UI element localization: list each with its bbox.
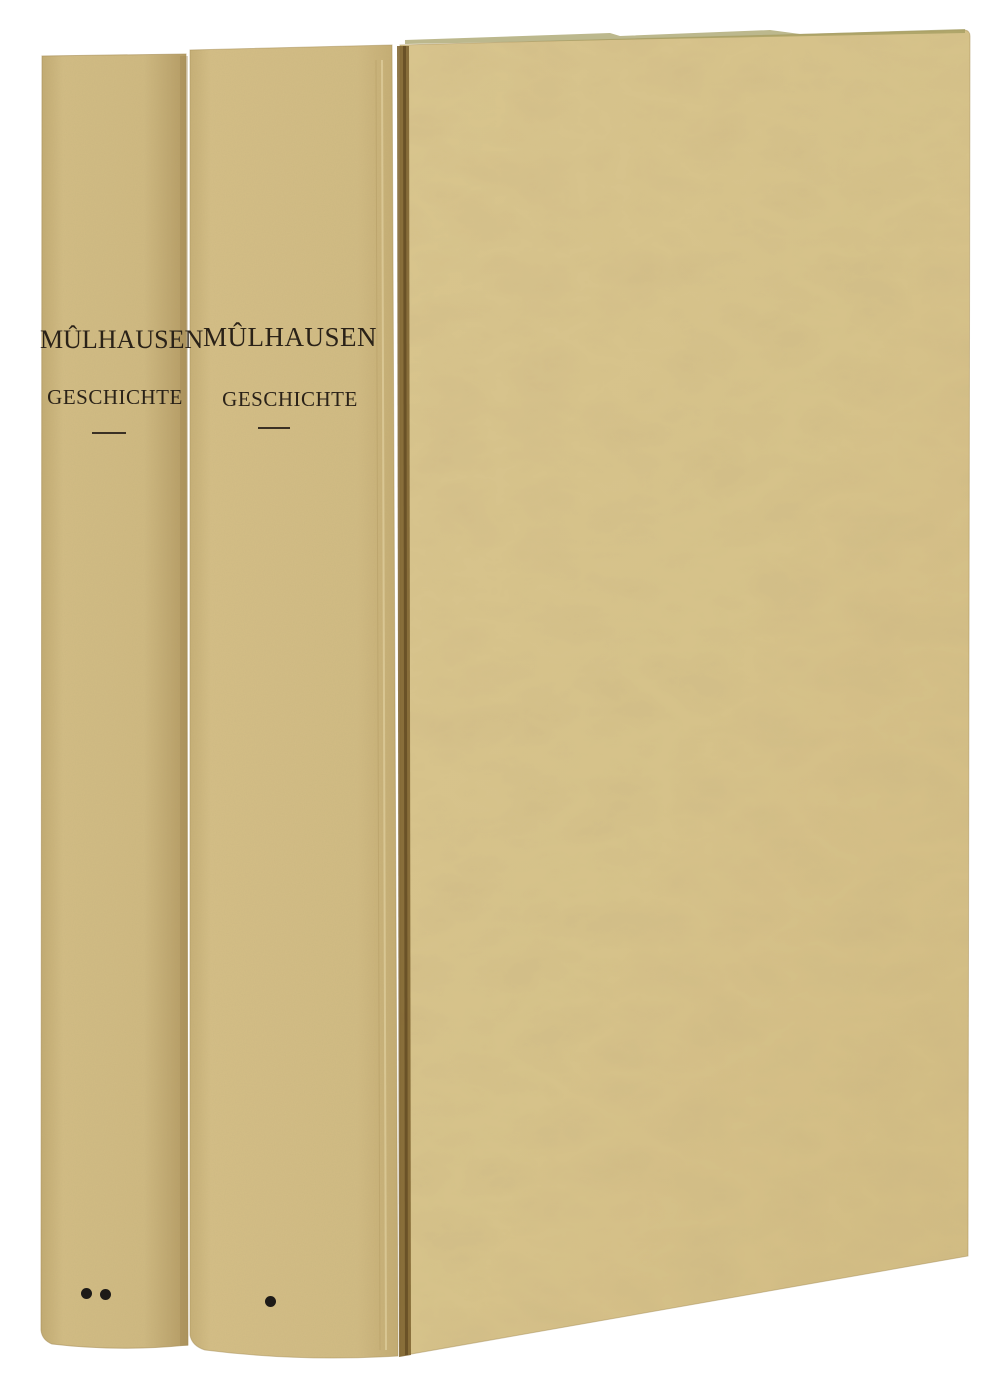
volume-1-spine-shape <box>190 45 398 1358</box>
volume-1-spine-subtitle: GESCHICHTE <box>192 387 388 412</box>
volume-1-marker-dot <box>265 1296 276 1307</box>
volume-1-spine-title: MÛLHAUSEN <box>192 322 388 353</box>
volume-2-spine-title: MÛLHAUSEN <box>40 325 190 355</box>
volume-2-marker-dot-2 <box>100 1289 111 1300</box>
volume-1-spine-rule <box>258 427 290 429</box>
volume-2-spine-rule <box>92 432 126 434</box>
volume-2-marker-dot-1 <box>81 1288 92 1299</box>
hinge-groove <box>397 46 411 1357</box>
volume-1-front-cover <box>400 29 970 1356</box>
books-illustration <box>0 0 1000 1379</box>
book-photo: MÛLHAUSEN GESCHICHTE MÛLHAUSEN GESCHICHT… <box>0 0 1000 1379</box>
volume-2-spine-subtitle: GESCHICHTE <box>40 385 190 410</box>
volume-2-spine-shape <box>41 54 188 1348</box>
